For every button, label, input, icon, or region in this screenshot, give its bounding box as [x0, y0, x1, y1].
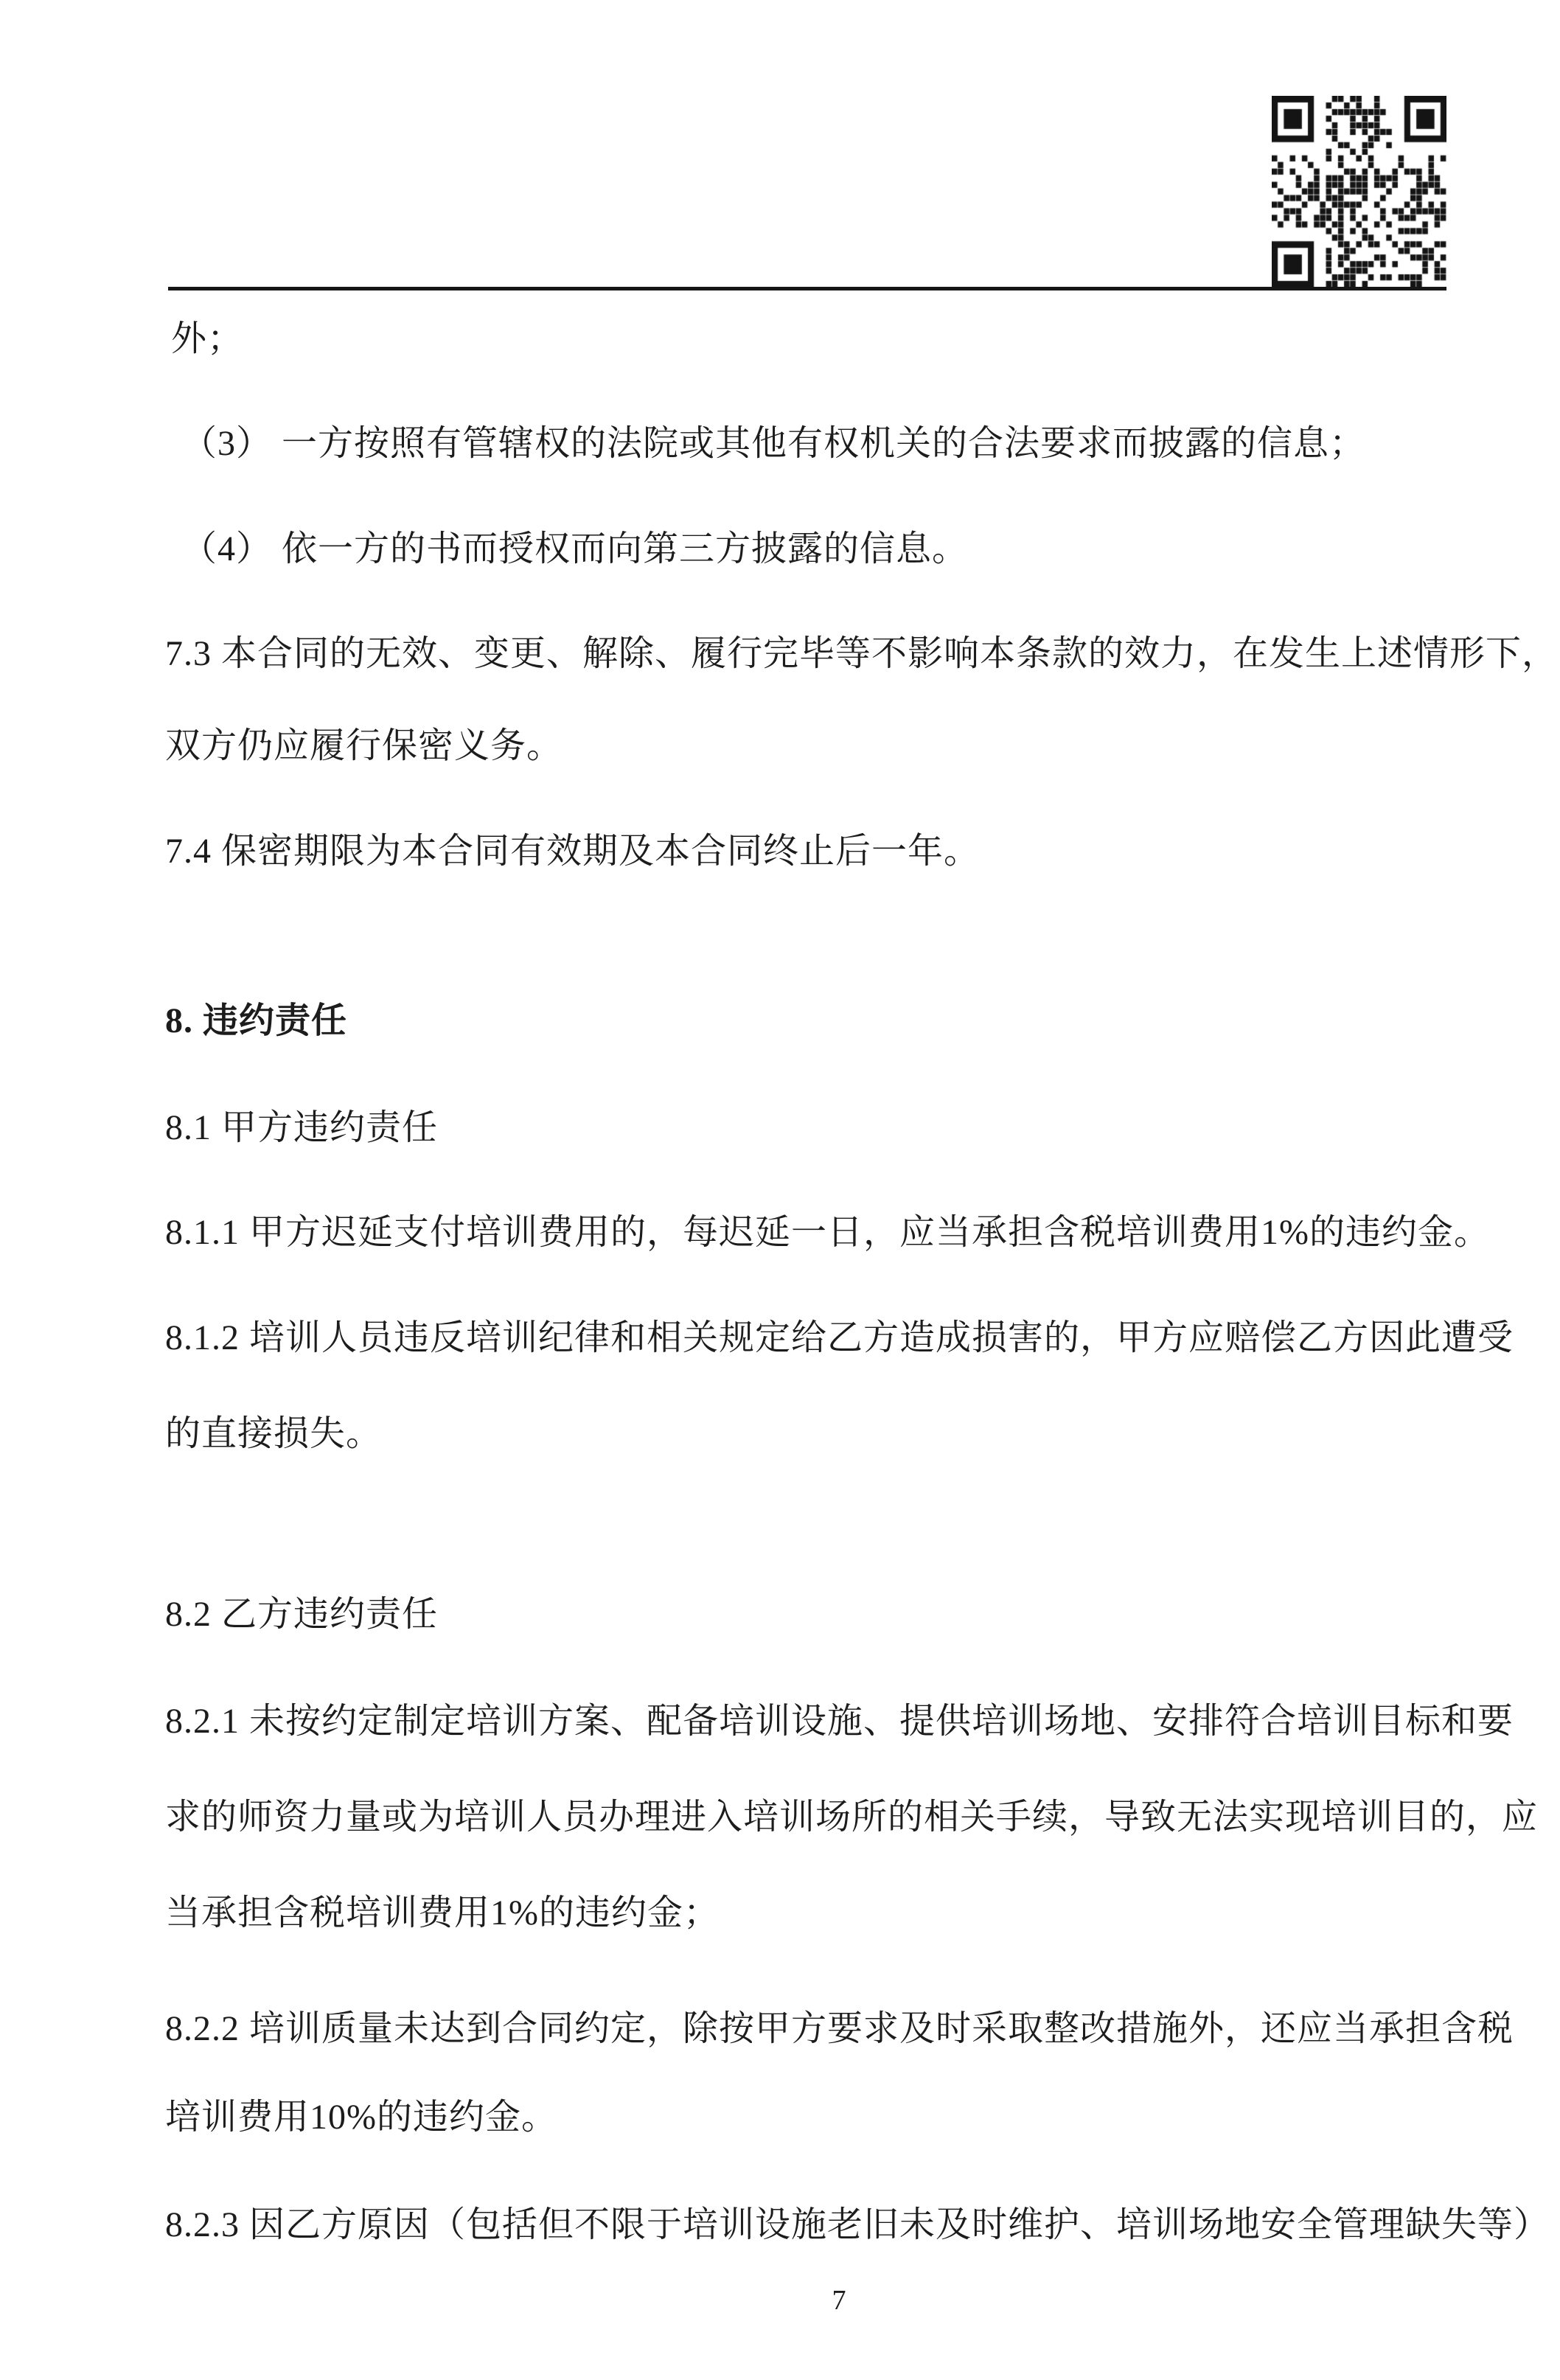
clause-item-3: （3） 一方按照有管辖权的法院或其他有权机关的合法要求而披露的信息； — [181, 422, 1365, 466]
clause-8-2-1-line-1: 8.2.1 未按约定制定培训方案、配备培训设施、提供培训场地、安排符合培训目标和… — [165, 1699, 1514, 1744]
clause-7-4: 7.4 保密期限为本合同有效期及本合同终止后一年。 — [165, 829, 980, 874]
clause-8-1-heading: 8.1 甲方违约责任 — [165, 1106, 438, 1150]
page-number: 7 — [817, 2284, 861, 2317]
clause-7-3-line-2: 双方仍应履行保密义务。 — [165, 724, 563, 768]
clause-8-1-2-line-1: 8.1.2 培训人员违反培训纪律和相关规定给乙方造成损害的，甲方应赔偿乙方因此遭… — [165, 1316, 1514, 1360]
section-8-heading: 8. 违约责任 — [165, 999, 347, 1043]
clause-item-4: （4） 依一方的书而授权而向第三方披露的信息。 — [181, 527, 968, 571]
clause-8-2-2-line-2: 培训费用10%的违约金。 — [165, 2095, 557, 2140]
clause-7-3-line-1: 7.3 本合同的无效、变更、解除、履行完毕等不影响本条款的效力，在发生上述情形下… — [165, 632, 1558, 676]
document-page: 外； （3） 一方按照有管辖权的法院或其他有权机关的合法要求而披露的信息； （4… — [0, 0, 1560, 2380]
clause-8-2-1-line-2: 求的师资力量或为培训人员办理进入培训场所的相关手续，导致无法实现培训目的，应 — [165, 1795, 1538, 1840]
clause-8-2-1-line-3: 当承担含税培训费用1%的违约金； — [165, 1891, 720, 1935]
clause-8-1-1: 8.1.1 甲方迟延支付培训费用的，每迟延一日，应当承担含税培训费用1%的违约金… — [165, 1211, 1490, 1255]
qr-code — [1272, 96, 1446, 288]
clause-8-1-2-line-2: 的直接损失。 — [165, 1412, 382, 1456]
clause-8-2-2-line-1: 8.2.2 培训质量未达到合同约定，除按甲方要求及时采取整改措施外，还应当承担含… — [165, 2007, 1514, 2051]
clause-8-2-heading: 8.2 乙方违约责任 — [165, 1593, 438, 1637]
clause-intro-tail: 外； — [171, 317, 243, 361]
header-divider-line — [168, 287, 1446, 290]
clause-8-2-3: 8.2.3 因乙方原因（包括但不限于培训设施老旧未及时维护、培训场地安全管理缺失… — [165, 2203, 1550, 2247]
